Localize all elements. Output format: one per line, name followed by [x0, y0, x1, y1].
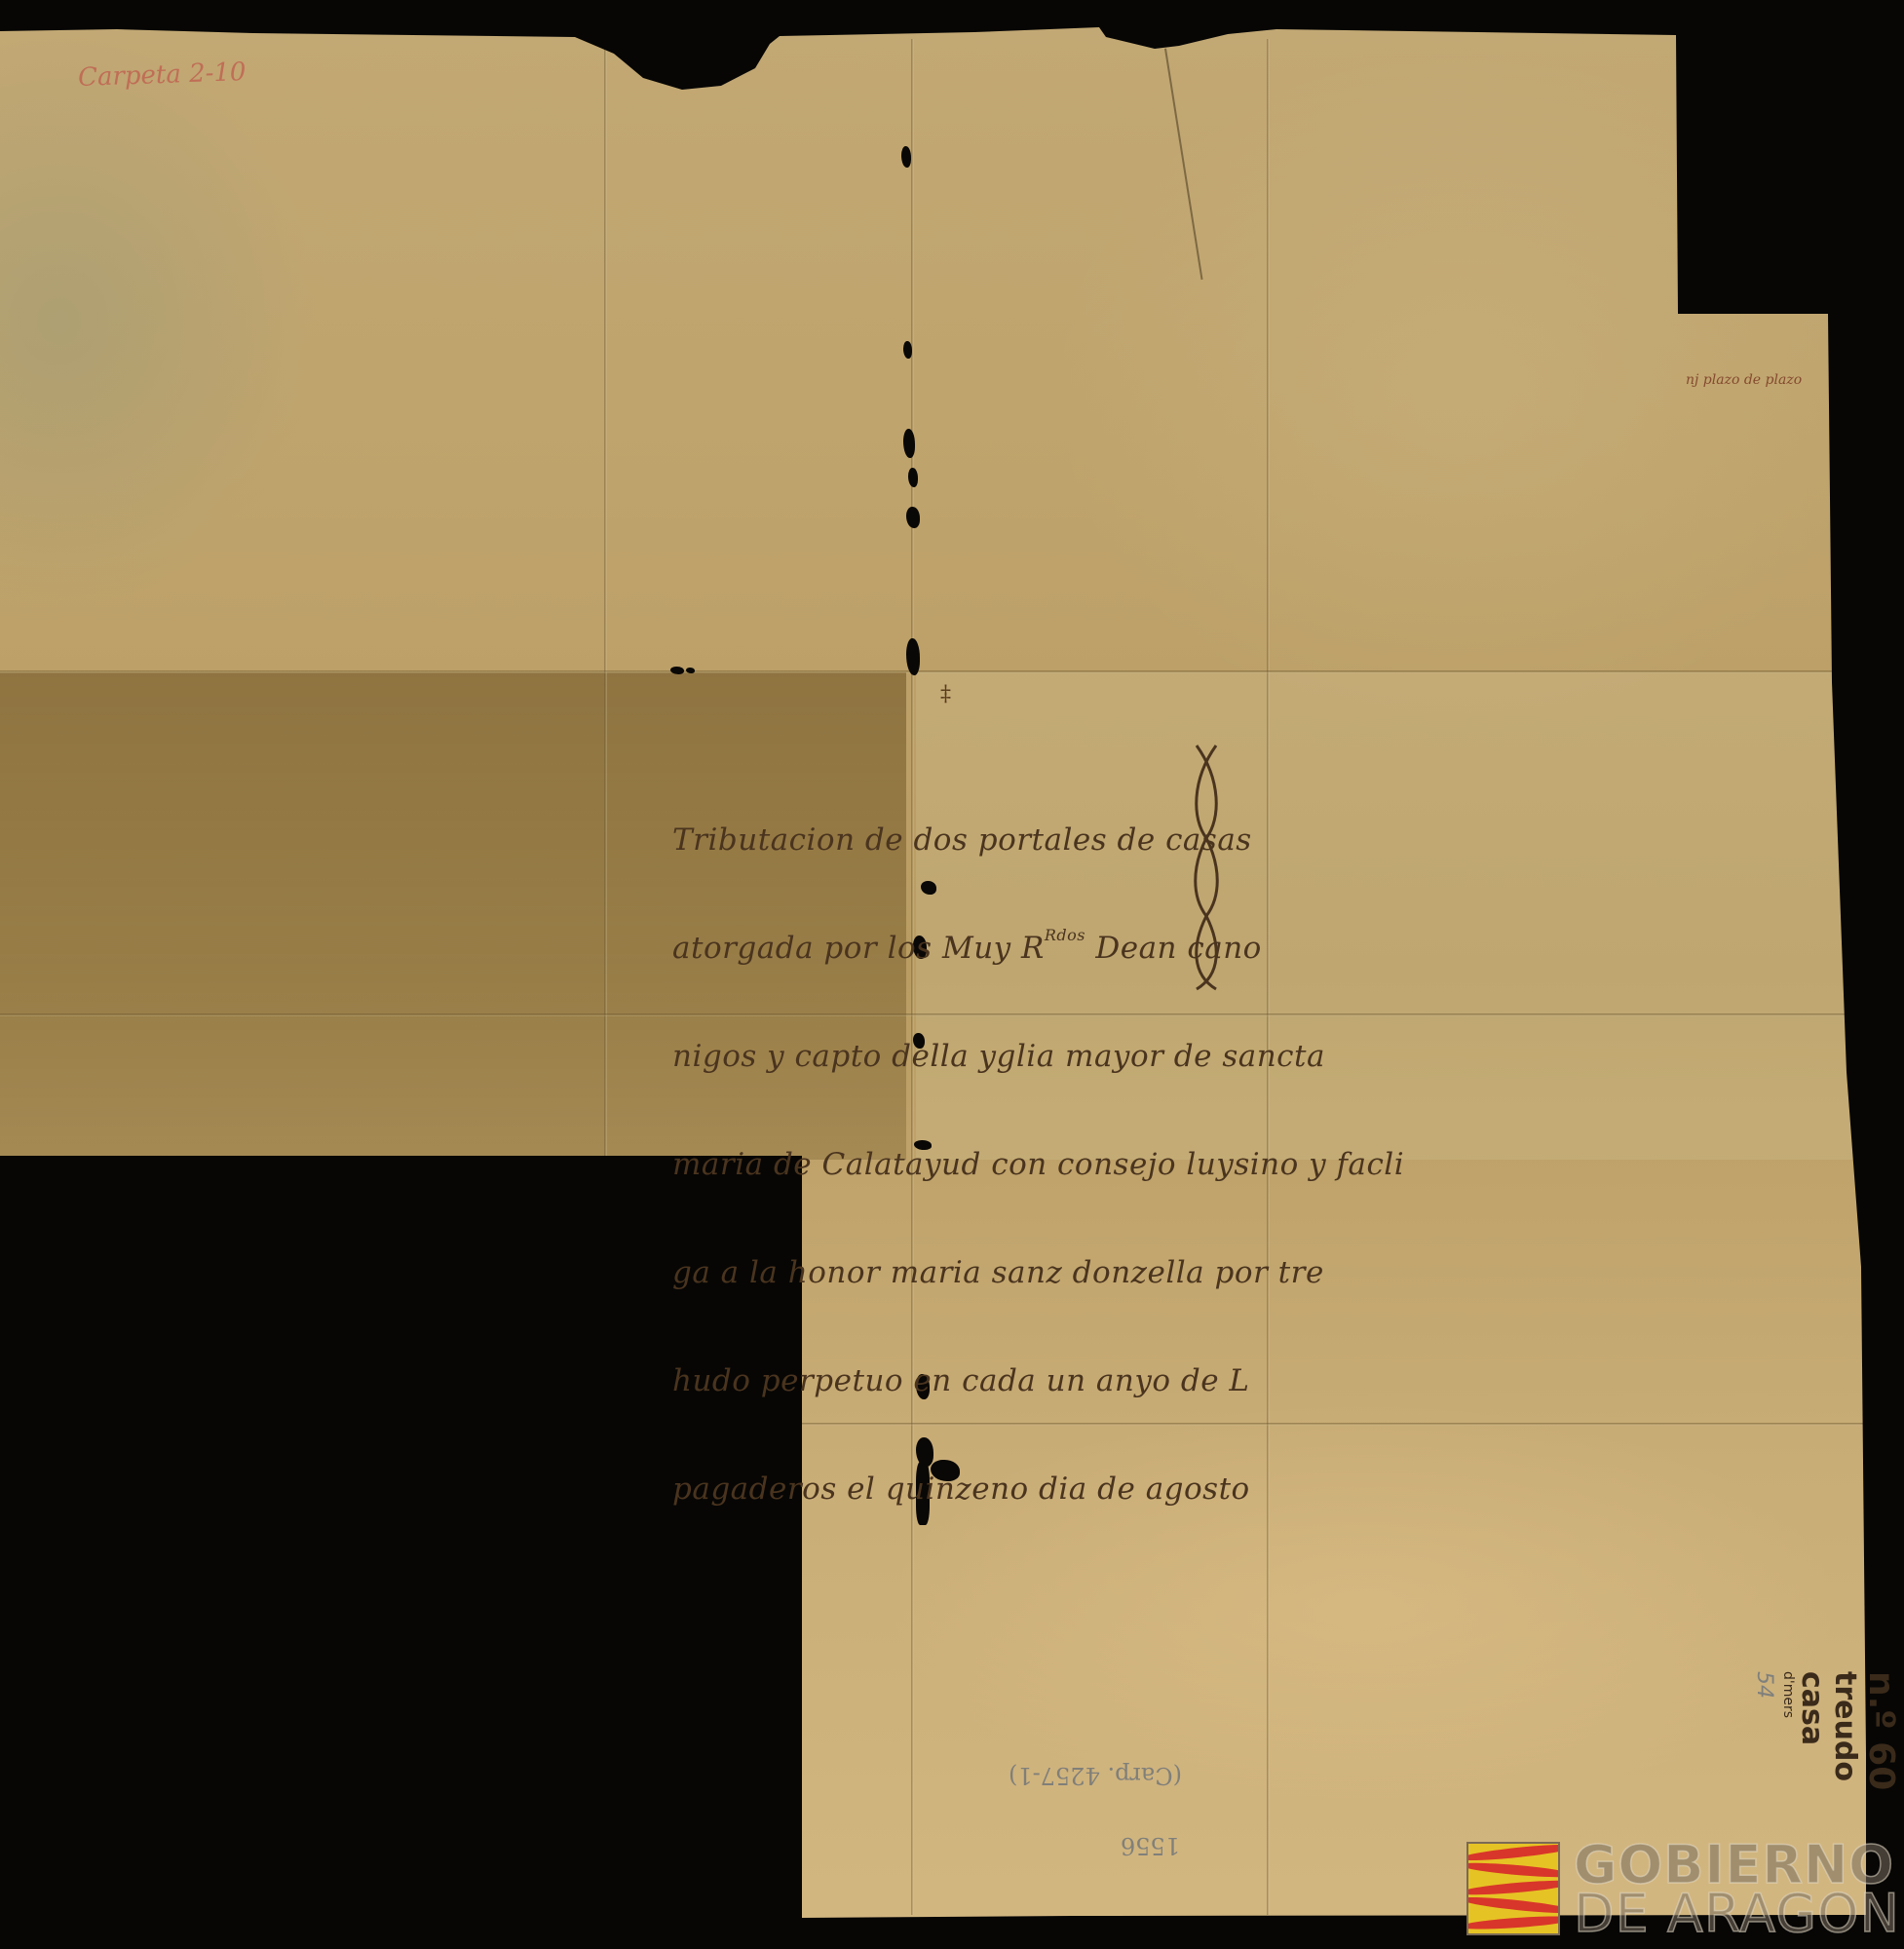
docket-line-2: atorgada por los Muy RRdos Dean cano	[672, 931, 1404, 967]
docket-line-7: pagaderos el quinzeno dia de agosto	[672, 1471, 1404, 1508]
margin-ink-note: nj plazo de plazo	[1686, 372, 1802, 388]
docket-text: Tributacion de dos portales de casas ato…	[672, 750, 1404, 1544]
docket-line-1: Tributacion de dos portales de casas	[672, 822, 1404, 859]
archive-red-pencil-note: Carpeta 2-10	[78, 57, 247, 93]
gobierno-de-aragon-watermark: GOBIERNO DE ARAGON	[1466, 1840, 1900, 1942]
docket-line-2-tail: Dean cano	[1095, 931, 1261, 966]
cross-mark: ‡	[940, 682, 951, 707]
docket-line-2-text: atorgada por los Muy R	[672, 931, 1045, 966]
watermark-line-2: DE ARAGON	[1574, 1883, 1900, 1944]
stamp-word-casa: casa	[1795, 1671, 1829, 1745]
stamp-pencil-number: 54	[1752, 1671, 1776, 1699]
superscript: Rdos	[1045, 926, 1085, 944]
docket-line-6: hudo perpetuo en cada un anyo de L	[672, 1363, 1404, 1399]
stamp-number: n.º 60	[1861, 1671, 1901, 1790]
aragon-flag-icon	[1466, 1842, 1560, 1935]
docket-line-4: maria de Calatayud con consejo luysino y…	[672, 1147, 1404, 1183]
archive-year-note: 1556	[1121, 1832, 1180, 1859]
tear-line	[1164, 49, 1203, 280]
docket-line-5: ga a la honor maria sanz donzella por tr…	[672, 1255, 1404, 1291]
fold-line-horizontal	[0, 670, 1871, 673]
catalog-stamp: n.º 60 treudo casa d'mers 54	[1769, 1671, 1904, 1817]
decorative-brace-icon	[1187, 741, 1226, 994]
stamp-word-small: d'mers	[1780, 1671, 1796, 1718]
stamp-word-treudo: treudo	[1828, 1671, 1862, 1781]
docket-line-3: nigos y capto della yglia mayor de sanct…	[672, 1039, 1404, 1075]
archive-reference-note: (Carp. 4257-1)	[1009, 1762, 1182, 1789]
